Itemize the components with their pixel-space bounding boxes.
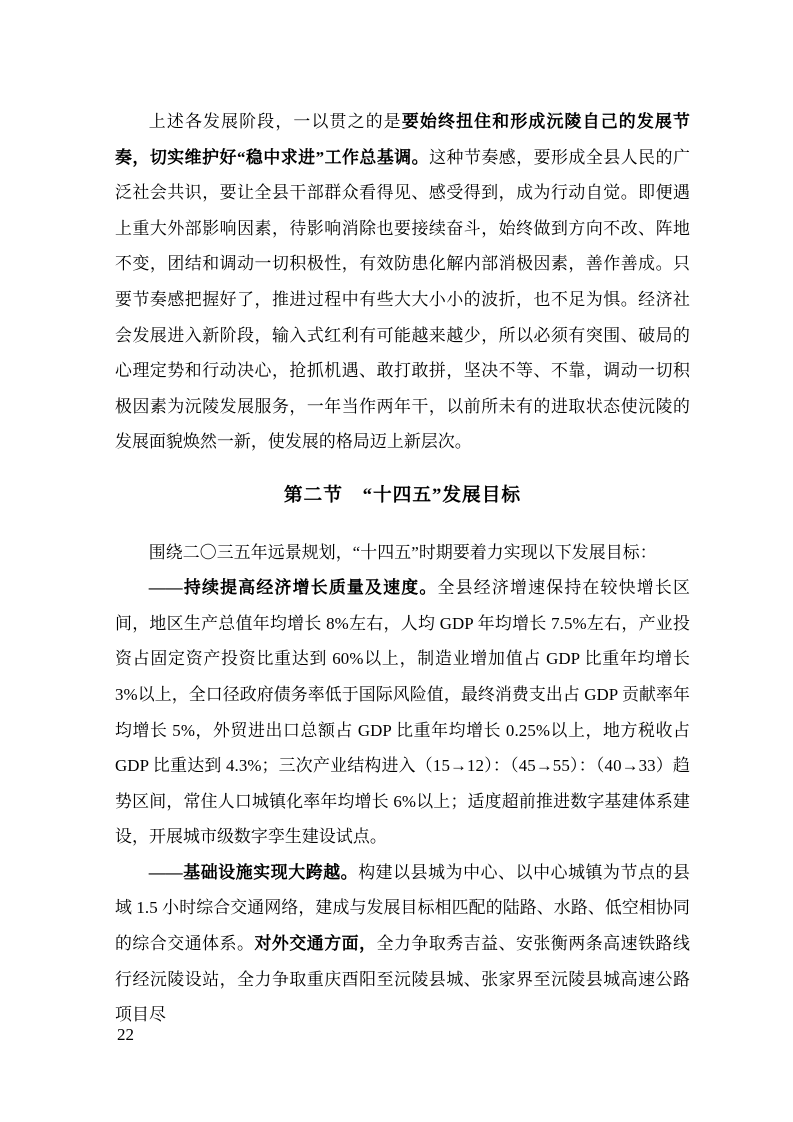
text-run: 围绕二〇三五年远景规划，“十四五”时期要着力实现以下发展目标： [149, 543, 657, 562]
paragraph-infrastructure-goal: ——基础设施实现大跨越。构建以县城为中心、以中心城镇为节点的县域 1.5 小时综… [115, 855, 690, 1033]
text-run-bold: 对外交通方面， [255, 934, 377, 953]
text-run-lead-bold: ——基础设施实现大跨越。 [149, 863, 358, 882]
text-run: 全县经济增速保持在较快增长区间，地区生产总值年均增长 8%左右，人均 GDP 年… [115, 578, 690, 846]
document-page: 上述各发展阶段，一以贯之的是要始终扭住和形成沅陵自己的发展节奏，切实维护好“稳中… [0, 0, 793, 1122]
section-heading: 第二节 “十四五”发展目标 [115, 478, 690, 514]
text-run: 上述各发展阶段，一以贯之的是 [149, 112, 402, 131]
text-run: 这种节奏感，要形成全县人民的广泛社会共识，要让全县干部群众看得见、感受得到，成为… [115, 148, 690, 452]
page-number: 22 [117, 1024, 134, 1046]
paragraph-development-rhythm: 上述各发展阶段，一以贯之的是要始终扭住和形成沅陵自己的发展节奏，切实维护好“稳中… [115, 104, 690, 460]
text-run-lead-bold: ——持续提高经济增长质量及速度。 [149, 578, 438, 597]
page-body: 上述各发展阶段，一以贯之的是要始终扭住和形成沅陵自己的发展节奏，切实维护好“稳中… [115, 104, 690, 1033]
paragraph-goals-intro: 围绕二〇三五年远景规划，“十四五”时期要着力实现以下发展目标： [115, 535, 690, 571]
paragraph-economic-growth-goal: ——持续提高经济增长质量及速度。全县经济增速保持在较快增长区间，地区生产总值年均… [115, 570, 690, 855]
